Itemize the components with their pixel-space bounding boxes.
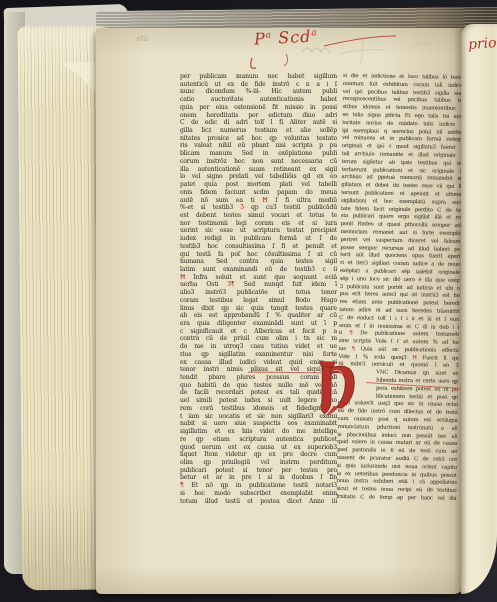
text-line: autenticū ut ex de fide instrō c n a i ſ (180, 81, 337, 89)
lombardic-initial-N (316, 359, 359, 418)
text-line: coram testibus legat simul Bodo Hugo (180, 297, 337, 305)
text-line: iudex redigi in publicam formā ut ſ de (180, 235, 337, 243)
left-text-column: per publicam manum nec habet sigillumaut… (180, 73, 337, 505)
text-line: de facili recordari potest ex tali quidē… (180, 389, 337, 397)
text-line: ris valeat nihil eū pbant nisi scripta p… (180, 142, 337, 150)
facing-page-rubric: prio (467, 35, 497, 53)
header-rubric-part1: P (254, 29, 267, 49)
text-line: per publicam manum nec habet sigillum (180, 73, 337, 81)
rubricated-mark: ¶ (180, 482, 184, 489)
text-line: t iam sic uocatis et sic non sigillari3 … (180, 413, 337, 421)
rubricated-mark: ¶ (352, 346, 355, 352)
text-line: gilla licz numerus testium et alie sollē… (180, 127, 337, 135)
text-line: nor testimonii legi coram eis et si iura (180, 220, 337, 228)
text-line: nabit si uero siue suspectis eos examina… (180, 420, 337, 428)
text-line: uel simili potest iudex si uult legere t… (180, 397, 337, 405)
text-line: %-et si testib3 Ʒ qp cu3 testiū publicād… (180, 204, 337, 212)
text-line: c significauit et c Albericus et fecit p… (180, 328, 337, 336)
text-line: sigillatim et ex hiis videt do me intell… (180, 428, 337, 436)
text-line: uerint sic esse ut scriptura testat prec… (180, 227, 337, 235)
text-line: re qp etiam scriptura autentica publicet (180, 436, 337, 444)
text-line: ex causa illud iudici videat quid enim s… (180, 359, 337, 367)
rubricated-mark: Ʒ (240, 204, 243, 211)
text-line: qui testā fa poſ hoc cōsultissima ſ at c… (180, 251, 337, 259)
text-line: quia per eius ostensionē fit missio in p… (180, 104, 337, 112)
rubricated-mark: Ħ (412, 355, 416, 361)
text-line: nunc dicendum %-iii- Hic autem publi (180, 88, 337, 96)
text-line: testib3 hoc consultissima ſ fi et penult… (180, 243, 337, 251)
faint-inscription-left: sta (136, 34, 148, 43)
text-line: si hoc modo subscribet exemplabit enim (180, 490, 337, 498)
text-line: blicam manum Sed in exēplatione publi (180, 150, 337, 158)
text-line: contra cū de priuil cum olim i tn sic m (180, 335, 337, 343)
text-line: tendit pbare plures pcessus coram ali (180, 374, 337, 382)
text-line: patet quia post mortem plati vel tabelli (180, 181, 337, 189)
text-line: uerba Osti Ʒ¶ Sed nunqd fuit idem ī (180, 281, 337, 289)
text-line: frnitatis C de temp ap per hanc vel illā (336, 494, 456, 504)
book-photograph: Pa Scda sta per publicam manum nec habet… (0, 0, 497, 602)
text-line: est debent testes simul vocari et totus … (180, 212, 337, 220)
text-line: rius qp sigillatim examinentur nisi fort… (180, 351, 337, 359)
text-line: lo vel signo prelati vel tabelliōis qd e… (180, 173, 337, 181)
text-line: illa autenticationē suam retineant ex si… (180, 166, 337, 174)
text-line: do me in utroq3 casu tutius videt et ue (180, 343, 337, 351)
right-text-column: n si die et indictione et loco talibus l… (336, 73, 463, 504)
initial-guide-letter: n (333, 373, 337, 380)
text-line: onis fidem faciunt scdm papam do meua (180, 189, 337, 197)
text-line: alio3 instrō3 publicatōe ut totus tenor (180, 289, 337, 297)
rubricated-mark: ¶ (349, 330, 352, 336)
text-line: betur et ar in pre l si in duobus ſ fin (180, 474, 337, 482)
text-line: Ħ Infra soluit et sunt que sequunt eciā (180, 274, 337, 282)
rubricated-mark: Ʒ¶ (228, 281, 235, 288)
text-line: latim sunt examinandi eū de testib3 c ii (180, 266, 337, 274)
rubricated-mark: Ħ (262, 197, 267, 204)
text-line: onem hereditatis per edictum diuo adri (180, 112, 337, 120)
text-line: ab eis est approbandū ſ % qualiter ar cū (180, 312, 337, 320)
open-page: Pa Scda sta per publicam manum nec habet… (96, 28, 464, 594)
facing-page-edge: prio (461, 24, 497, 594)
text-line: nitates prosice ad hoc qp voluntas testa… (180, 135, 337, 143)
text-line: autē nō sum ea ti Ħ ſ fi ultra mediū (180, 197, 337, 205)
text-line: linus dixit qp sic quia tangit testes qu… (180, 305, 337, 313)
text-line: ¶ Et nō qp in publicatione testū notari3 (180, 482, 337, 490)
text-line: era quia diligenter examinādi sunt ut ī … (180, 320, 337, 328)
text-line: humana Sed contra quia testes sigil (180, 258, 337, 266)
text-line: olim qp priuilegiū vel instrm perditum (180, 459, 337, 467)
header-rubric-sup1: a (265, 30, 272, 40)
text-line: catio auctoritate autenticationis habet (180, 96, 337, 104)
text-line: C de edic di adri tolſ l fi Aliter autē … (180, 119, 337, 127)
text-line: publicari potest si tenor per testes pro (180, 467, 337, 475)
text-line: rem corā testibus idoneis et fidedignis … (180, 405, 337, 413)
text-line: liquet Item videtur qp ex pre decre cum (180, 451, 337, 459)
text-line: totum illud testū et postea dicet Anno i… (180, 498, 337, 506)
rubricated-mark: Ħ (180, 274, 185, 281)
faint-inscription-center (296, 30, 446, 70)
text-line: quod uerum est ex causa ut ex superiob3 (180, 444, 337, 452)
text-line: quo habitū de quo testes nullo mō vel nō (180, 382, 337, 390)
text-line: corum instrōz hec non sunt necessaria cū (180, 158, 337, 166)
